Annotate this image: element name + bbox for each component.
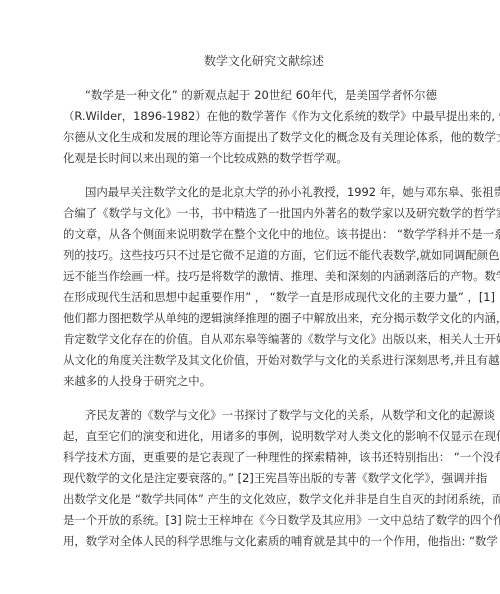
paragraph-2-line-1: 国内最早关注数学文化的是北京大学的孙小礼教授，1992 年，她与邓东皋、张祖贵: [85, 185, 437, 200]
paragraph-2-line-7: 他们都力图把数学从单纯的逻辑演绎推理的圈子中解放出来，充分揭示数学文化的内涵，: [63, 311, 437, 326]
paragraph-3-line-4: 现代数学的文化是注定要衰落的。” [2]王宪昌等出版的专著《数学文化学》，强调并…: [63, 471, 437, 486]
paragraph-2-line-9: 从文化的角度关注数学及其文化价值，开始对数学与文化的关系进行深刻思考,并且有越: [63, 353, 437, 368]
paragraph-2-line-6: 在形成现代生活和思想中起重要作用” ， “数学一直是形成现代文化的主要力量” ，…: [63, 290, 437, 305]
paragraph-3-line-3: 科学技术方面，更重要的是它表现了一种理性的探索精神，该书还特别指出： “一个没有: [63, 450, 437, 465]
paragraph-2-line-2: 合编了《数学与文化》一书，书中精选了一批国内外著名的数学家以及研究数学的哲学家: [63, 206, 437, 221]
paragraph-2-line-3: 的文章，从各个侧面来说明数学在整个文化中的地位。该书提出： “数学学科并不是一系: [63, 227, 437, 242]
paragraph-3-line-6: 是一个开放的系统。[3] 院士王梓坤在《今日数学及其应用》一文中总结了数学的四个…: [63, 513, 437, 528]
paragraph-3-line-1: 齐民友著的《数学与文化》一书探讨了数学与文化的关系，从数学和文化的起源谈: [85, 408, 437, 423]
document-page: 数学文化研究文献综述 “数学是一种文化” 的新观点起于 20世纪 60年代，是美…: [0, 0, 500, 594]
paragraph-1-line-2: （R.Wilder，1896-1982）在他的数学著作《作为文化系统的数学》中最…: [63, 109, 437, 124]
paragraph-3-line-2: 起，直至它们的演变和进化，用诸多的事例，说明数学对人类文化的影响不仅显示在现代: [63, 429, 437, 444]
paragraph-1-line-1: “数学是一种文化” 的新观点起于 20世纪 60年代，是美国学者怀尔德: [85, 88, 437, 103]
paragraph-1-line-3: 尔德从文化生成和发展的理论等方面提出了数学文化的概念及有关理论体系，他的数学文: [63, 130, 437, 145]
paragraph-2-line-8: 肯定数学文化存在的价值。自从邓东皋等编著的《数学与文化》出版以来，相关人士开始: [63, 332, 437, 347]
paragraph-2-line-4: 列的技巧。这些技巧只不过是它微不足道的方面，它们远不能代表数学,就如同调配颜色: [63, 248, 437, 263]
paragraph-3-line-5: 出数学文化是 “数学共同体” 产生的文化效应，数学文化并非是自生自灭的封闭系统，…: [63, 492, 437, 507]
paragraph-1-line-4: 化观是长时间以来出现的第一个比较成熟的数学哲学观。: [63, 151, 437, 166]
paragraph-3-line-7: 用，数学对全体人民的科学思维与文化素质的哺育就是其中的一个作用，他指出: “数学: [63, 534, 437, 549]
document-title: 数学文化研究文献综述: [0, 52, 500, 69]
paragraph-2-line-5: 远不能当作绘画一样。技巧是将数学的激情、推理、美和深刻的内涵剥落后的产物。数学: [63, 269, 437, 284]
paragraph-2-line-10: 来越多的人投身于研究之中。: [63, 374, 437, 389]
